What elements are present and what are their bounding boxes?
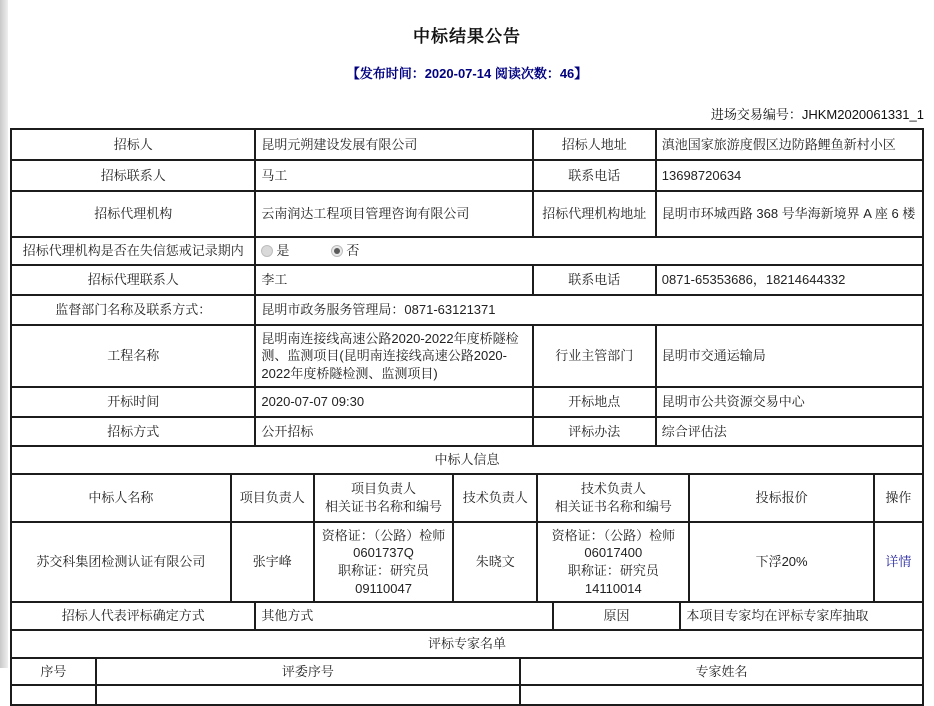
- supervision-value: 昆明市政务服务管理局：0871-63121371: [255, 295, 923, 325]
- radio-no-icon[interactable]: [331, 245, 343, 257]
- open-place-value: 昆明市公共资源交易中心: [656, 387, 923, 417]
- radio-option-yes[interactable]: 是: [261, 243, 289, 258]
- winner-data-row: 苏交科集团检测认证有限公司 张宇峰 资格证：（公路）检师 0601737Q 职称…: [11, 522, 923, 602]
- table-row: 评标专家名单: [11, 630, 923, 658]
- table-row: 监督部门名称及联系方式： 昆明市政务服务管理局：0871-63121371: [11, 295, 923, 325]
- bidder-address-value: 滇池国家旅游度假区边防路鲤鱼新村小区: [656, 129, 923, 160]
- page-title: 中标结果公告: [10, 22, 924, 47]
- bidder-value: 昆明元朔建设发展有限公司: [255, 129, 532, 160]
- announcement-document: 中标结果公告 【发布时间：2020-07-14 阅读次数：46】 进场交易编号：…: [10, 0, 924, 668]
- winner-section-title: 中标人信息: [11, 446, 923, 474]
- col-tech-cert: 技术负责人 相关证书名称和编号: [537, 474, 689, 522]
- table-row: 招标联系人 马工 联系电话 13698720634: [11, 160, 923, 191]
- basic-info-table: 招标人 昆明元朔建设发展有限公司 招标人地址 滇池国家旅游度假区边防路鲤鱼新村小…: [10, 128, 924, 447]
- credit-record-label: 招标代理机构是否在失信惩戒记录期内: [11, 237, 255, 265]
- winner-tech-cert: 资格证：（公路）检师 06017400 职称证：研究员 14110014: [537, 522, 689, 602]
- col-tech-lead: 技术负责人: [453, 474, 537, 522]
- detail-link[interactable]: 详情: [885, 554, 911, 569]
- table-row: 招标方式 公开招标 评标办法 综合评估法: [11, 417, 923, 446]
- col-judge-number: 评委序号: [96, 658, 520, 668]
- winner-info-table: 中标人名称 项目负责人 项目负责人 相关证书名称和编号 技术负责人 技术负责人 …: [10, 473, 924, 603]
- bid-method-value: 公开招标: [255, 417, 532, 446]
- col-expert-index: 序号: [11, 658, 96, 668]
- agency-contact-label: 招标代理联系人: [11, 265, 255, 295]
- col-project-manager: 项目负责人: [231, 474, 314, 522]
- phone-label: 联系电话: [533, 160, 656, 191]
- agency-value: 云南润达工程项目管理咨询有限公司: [255, 191, 532, 237]
- open-time-value: 2020-07-07 09:30: [255, 387, 532, 417]
- table-row: 招标代理机构是否在失信惩戒记录期内 是否: [11, 237, 923, 265]
- industry-dept-value: 昆明市交通运输局: [656, 325, 923, 387]
- bidder-label: 招标人: [11, 129, 255, 160]
- col-pm-cert: 项目负责人 相关证书名称和编号: [314, 474, 454, 522]
- table-row: 中标人信息: [11, 446, 923, 474]
- winner-pm-cert: 资格证：（公路）检师 0601737Q 职称证：研究员 09110047: [314, 522, 454, 602]
- agency-label: 招标代理机构: [11, 191, 255, 237]
- agency-phone-label: 联系电话: [533, 265, 656, 295]
- experts-section-title: 评标专家名单: [11, 630, 923, 658]
- eval-method-value: 综合评估法: [656, 417, 923, 446]
- col-action: 操作: [874, 474, 923, 522]
- industry-dept-label: 行业主管部门: [533, 325, 656, 387]
- radio-no-label: 否: [346, 243, 359, 258]
- trade-code: 进场交易编号：JHKM2020061331_1: [10, 104, 924, 123]
- agency-phone-value: 0871-65353686，18214644332: [656, 265, 923, 295]
- open-time-label: 开标时间: [11, 387, 255, 417]
- experts-section-header: 评标专家名单: [10, 629, 924, 659]
- winner-section-header: 中标人信息: [10, 445, 924, 475]
- experts-header-row: 序号 评委序号 专家姓名: [11, 658, 923, 668]
- decision-method-value: 其他方式: [255, 602, 552, 630]
- table-row: 工程名称 昆明南连接线高速公路2020-2022年度桥隧检测、监测项目(昆明南连…: [11, 325, 923, 387]
- page-left-edge: [0, 0, 8, 668]
- radio-yes-label: 是: [276, 243, 289, 258]
- winner-header-row: 中标人名称 项目负责人 项目负责人 相关证书名称和编号 技术负责人 技术负责人 …: [11, 474, 923, 522]
- winner-tech: 朱晓文: [453, 522, 537, 602]
- agency-address-value: 昆明市环城西路 368 号华海新境界 A 座 6 楼: [656, 191, 923, 237]
- project-name-value: 昆明南连接线高速公路2020-2022年度桥隧检测、监测项目(昆明南连接线高速公…: [255, 325, 532, 387]
- radio-yes-icon[interactable]: [261, 245, 273, 257]
- open-place-label: 开标地点: [533, 387, 656, 417]
- bidder-contact-value: 马工: [255, 160, 532, 191]
- bid-method-label: 招标方式: [11, 417, 255, 446]
- col-bid-price: 投标报价: [689, 474, 873, 522]
- winner-price: 下浮20%: [689, 522, 873, 602]
- reason-label: 原因: [553, 602, 681, 630]
- table-row: 招标代理联系人 李工 联系电话 0871-65353686，1821464433…: [11, 265, 923, 295]
- table-row: 招标人 昆明元朔建设发展有限公司 招标人地址 滇池国家旅游度假区边防路鲤鱼新村小…: [11, 129, 923, 160]
- project-name-label: 工程名称: [11, 325, 255, 387]
- agency-address-label: 招标代理机构地址: [533, 191, 656, 237]
- agency-contact-value: 李工: [255, 265, 532, 295]
- bidder-contact-label: 招标联系人: [11, 160, 255, 191]
- table-row: 开标时间 2020-07-07 09:30 开标地点 昆明市公共资源交易中心: [11, 387, 923, 417]
- col-winner-name: 中标人名称: [11, 474, 231, 522]
- credit-record-options: 是否: [255, 237, 923, 265]
- radio-option-no[interactable]: 否: [331, 243, 359, 258]
- decision-table: 招标人代表评标确定方式 其他方式 原因 本项目专家均在评标专家库抽取: [10, 601, 924, 631]
- table-row: 招标人代表评标确定方式 其他方式 原因 本项目专家均在评标专家库抽取: [11, 602, 923, 630]
- table-row: 招标代理机构 云南润达工程项目管理咨询有限公司 招标代理机构地址 昆明市环城西路…: [11, 191, 923, 237]
- winner-pm: 张宇峰: [231, 522, 314, 602]
- experts-table: 序号 评委序号 专家姓名: [10, 657, 924, 668]
- winner-name: 苏交科集团检测认证有限公司: [11, 522, 231, 602]
- eval-method-label: 评标办法: [533, 417, 656, 446]
- supervision-label: 监督部门名称及联系方式：: [11, 295, 255, 325]
- bidder-address-label: 招标人地址: [533, 129, 656, 160]
- phone-value: 13698720634: [656, 160, 923, 191]
- publish-meta: 【发布时间：2020-07-14 阅读次数：46】: [10, 63, 924, 82]
- decision-method-label: 招标人代表评标确定方式: [11, 602, 255, 630]
- reason-value: 本项目专家均在评标专家库抽取: [680, 602, 923, 630]
- col-expert-name: 专家姓名: [520, 658, 923, 668]
